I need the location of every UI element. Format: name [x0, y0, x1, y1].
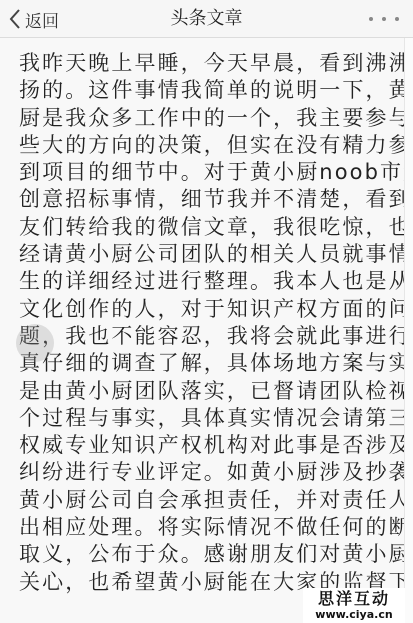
article-line: 创意招标事情，细节我并不清楚，看到朋 [19, 186, 399, 213]
more-options-button[interactable] [369, 10, 399, 28]
scrollbar-track[interactable] [404, 38, 413, 623]
article-line: 纠纷进行专业评定。如黄小厨涉及抄袭， [19, 459, 399, 486]
article-line: 厨是我众多工作中的一个，我主要参与一 [19, 105, 399, 132]
watermark-name: 思洋互动 [303, 588, 405, 608]
ellipsis-icon-dot [382, 17, 386, 21]
ellipsis-icon-dot [369, 17, 373, 21]
article-line: 真仔细的调查了解，具体场地方案与实施 [19, 350, 399, 377]
article-line: 文化创作的人，对于知识产权方面的问 [19, 296, 399, 323]
watermark: 思洋互动 www.ciya.cn [303, 588, 405, 623]
article-line: 我昨天晚上早睡，今天早晨，看到沸沸扬 [19, 50, 399, 77]
watermark-url: www.ciya.cn [303, 608, 405, 621]
article-line: 出相应处理。将实际情况不做任何的断章 [19, 514, 399, 541]
article-line: 些大的方向的决策，但实在没有精力参与 [19, 132, 399, 159]
article-line: 友们转给我的微信文章，我很吃惊，也已 [19, 214, 399, 241]
article-line: 到项目的细节中。对于黄小厨noob市集的 [19, 159, 399, 186]
assistive-touch-button[interactable] [16, 324, 54, 362]
article-line: 取义，公布于众。感谢朋友们对黄小厨的 [19, 541, 399, 568]
article-line: 生的详细经过进行整理。我本人也是从事 [19, 268, 399, 295]
article-line: 是由黄小厨团队落实，已督请团队检视这 [19, 378, 399, 405]
article-body: 我昨天晚上早睡，今天早晨，看到沸沸扬 扬的。这件事情我简单的说明一下，黄小 厨是… [0, 38, 399, 596]
ellipsis-icon-dot [395, 17, 399, 21]
article-line: 题，我也不能容忍，我将会就此事进行认 [19, 323, 399, 350]
page-title: 头条文章 [0, 0, 413, 37]
article-line: 个过程与事实，具体真实情况会请第三方 [19, 405, 399, 432]
article-line: 权威专业知识产权机构对此事是否涉及的 [19, 432, 399, 459]
article-line: 经请黄小厨公司团队的相关人员就事情发 [19, 241, 399, 268]
navigation-bar: 返回 头条文章 [0, 0, 413, 38]
article-content[interactable]: 我昨天晚上早睡，今天早晨，看到沸沸扬 扬的。这件事情我简单的说明一下，黄小 厨是… [0, 38, 405, 623]
article-line: 扬的。这件事情我简单的说明一下，黄小 [19, 77, 399, 104]
article-line: 黄小厨公司自会承担责任，并对责任人做 [19, 487, 399, 514]
